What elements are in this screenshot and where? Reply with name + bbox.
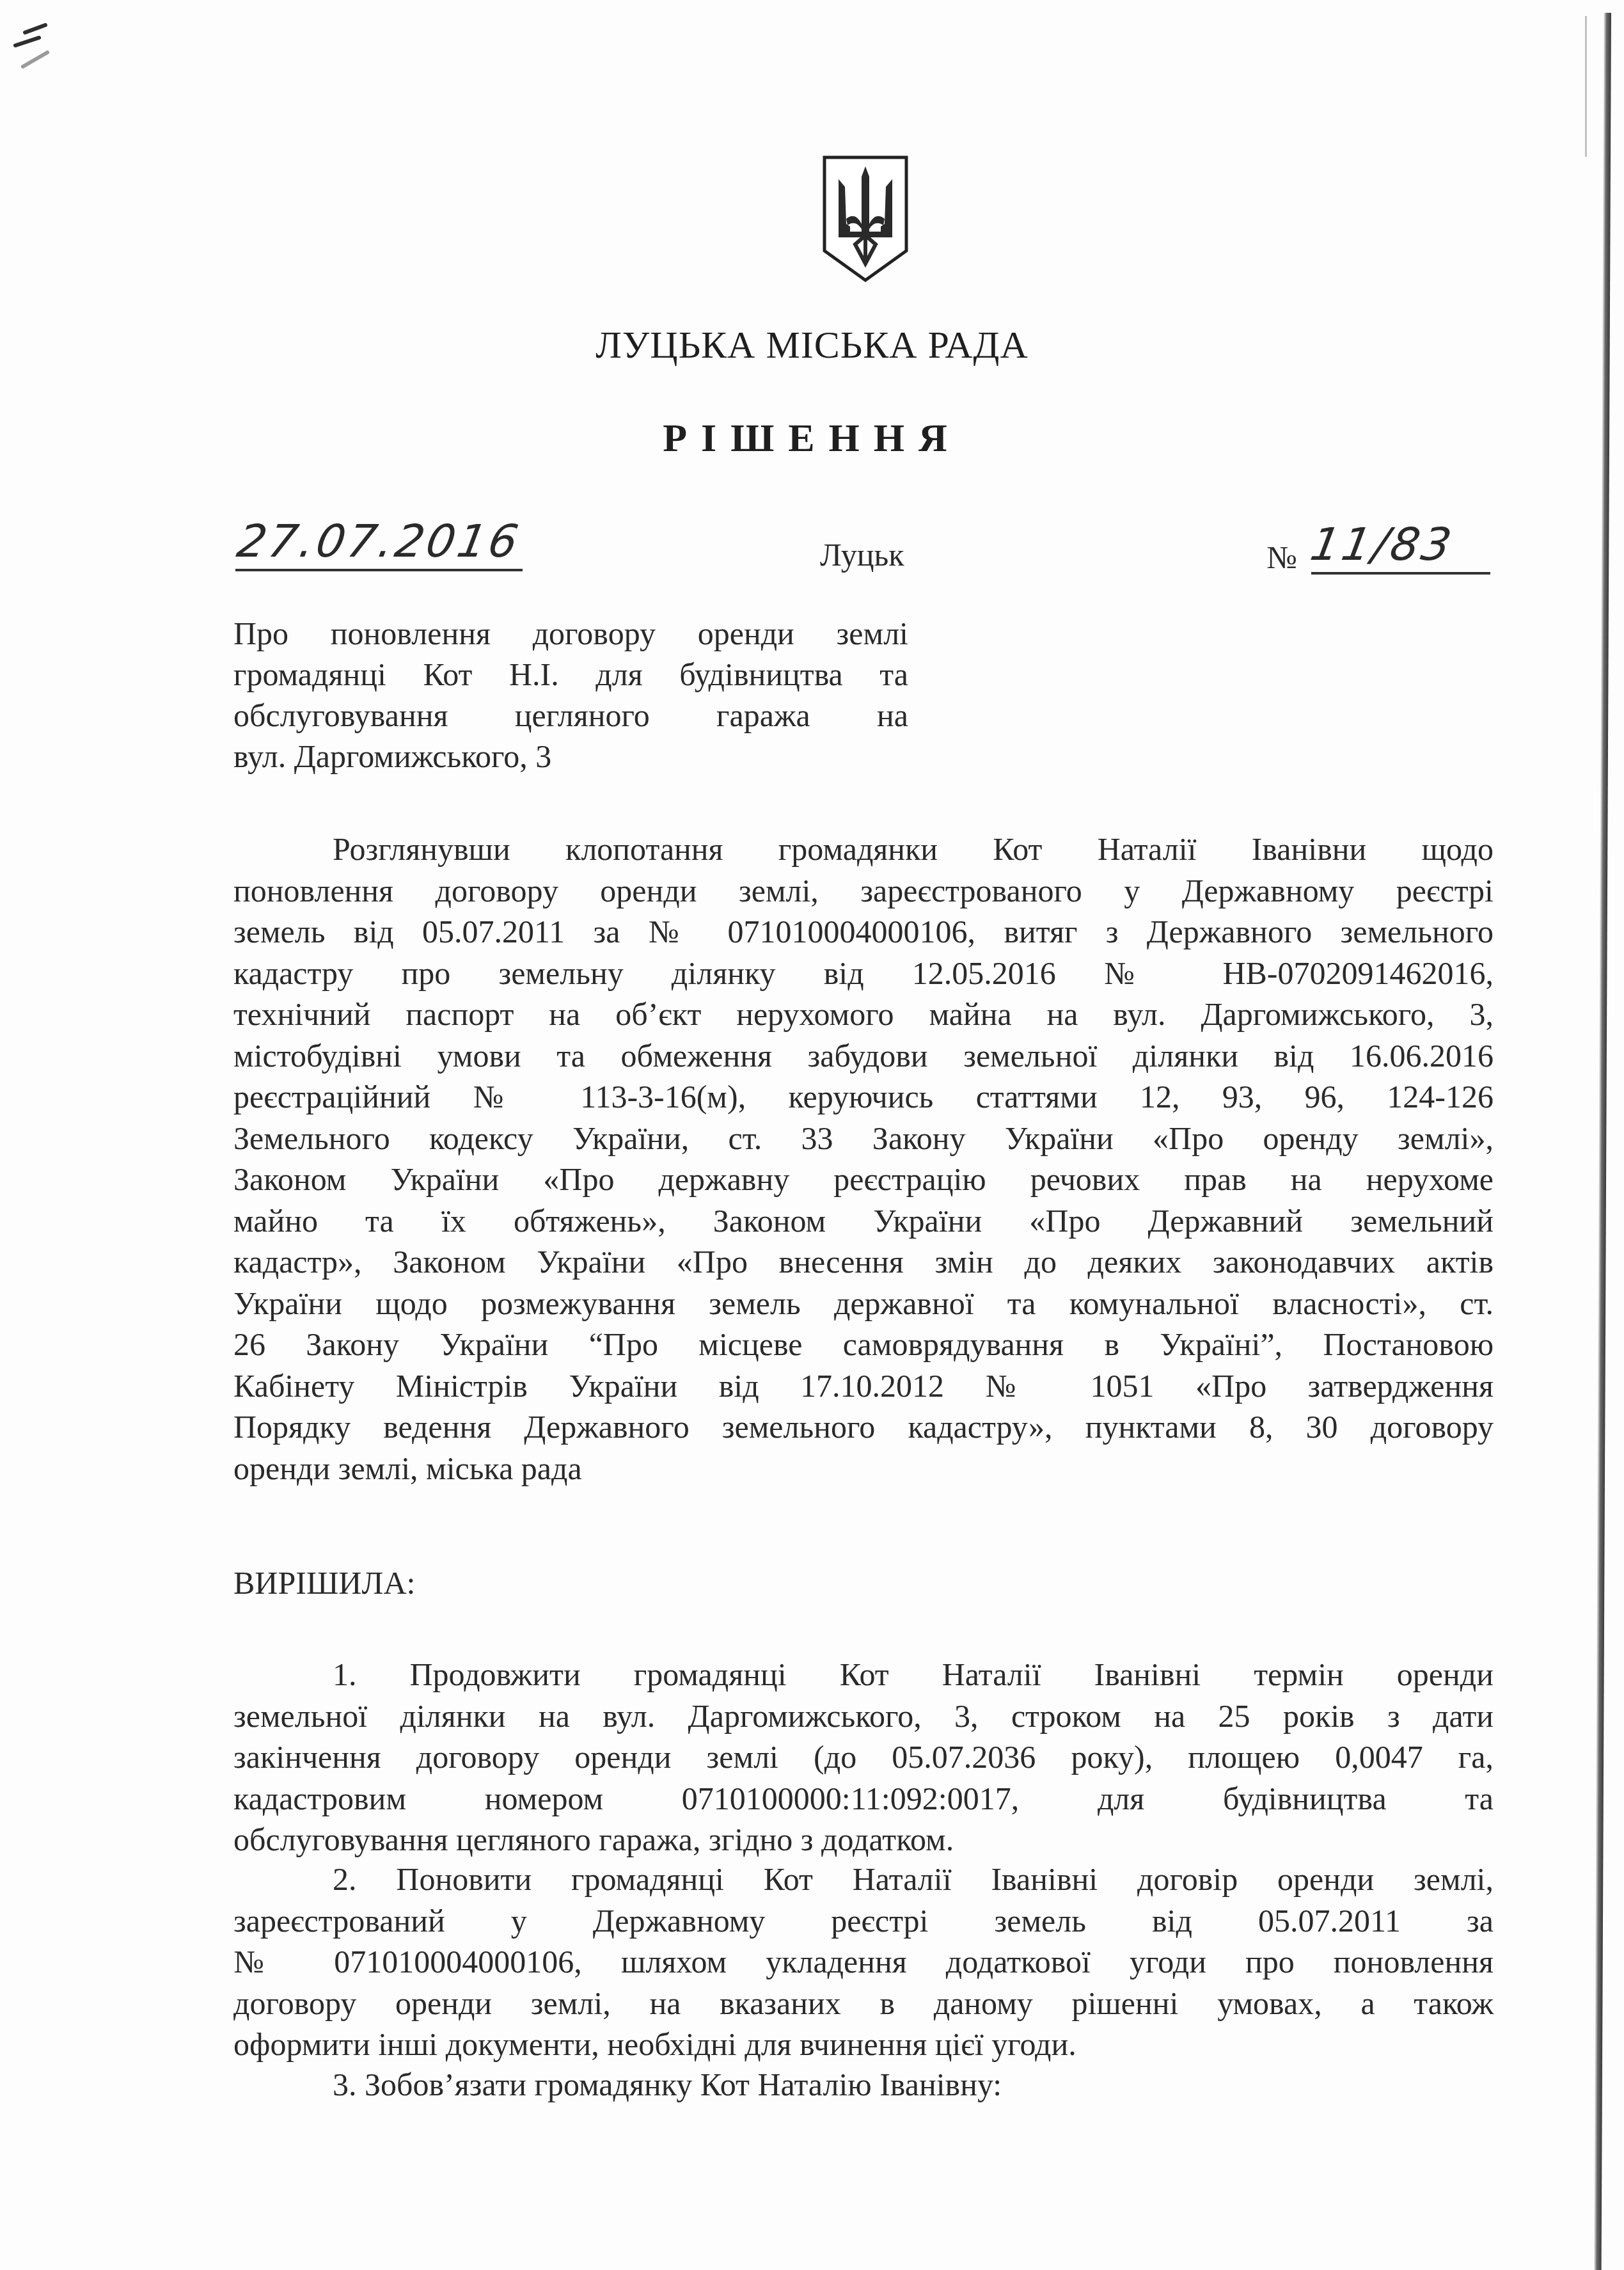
document-type-title: РІШЕННЯ: [0, 416, 1624, 461]
subject-line: обслуговування цегляного гаража на: [233, 695, 908, 736]
resolution-item-3: 3. Зобов’язати громадянку Кот Наталію Ів…: [233, 2064, 1494, 2106]
item-line: 1. Продовжити громадянці Кот Наталії Іва…: [233, 1654, 1494, 1695]
preamble-line: кадастр», Законом України «Про внесення …: [233, 1241, 1494, 1283]
handwritten-number: 11/83: [1307, 518, 1458, 571]
preamble-line: поновлення договору оренди землі, зареєс…: [233, 870, 1494, 912]
preamble-line: містобудівні умови та обмеження забудови…: [233, 1035, 1494, 1077]
preamble-line: Порядку ведення Державного земельного ка…: [233, 1406, 1494, 1448]
preamble-line: земель від 05.07.2011 за № 0710100040001…: [233, 911, 1494, 953]
pen-mark: [22, 22, 48, 35]
document-page: ЛУЦЬКА МІСЬКА РАДА РІШЕННЯ 27.07.2016 Лу…: [0, 0, 1624, 2270]
document-meta-row: 27.07.2016 Луцьк № 11/83: [230, 512, 1497, 582]
item-line: оформити інші документи, необхідні для в…: [233, 2024, 1494, 2065]
item-line: № 071010004000106, шляхом укладення дода…: [233, 1941, 1494, 1983]
item-line: 2. Поновити громадянці Кот Наталії Івані…: [233, 1859, 1494, 1900]
resolution-item-2: 2. Поновити громадянці Кот Наталії Івані…: [233, 1859, 1494, 2065]
item-line: земельної ділянки на вул. Даргомижського…: [233, 1695, 1494, 1737]
subject-line: Про поновлення договору оренди землі: [233, 613, 908, 654]
scan-edge-artifact: [1585, 16, 1587, 157]
preamble-line: Розглянувши клопотання громадянки Кот На…: [233, 829, 1494, 870]
decision-date-field: 27.07.2016: [235, 515, 523, 571]
item-line: договору оренди землі, на вказаних в дан…: [233, 1983, 1494, 2024]
preamble-line: майно та їх обтяжень», Законом України «…: [233, 1200, 1494, 1242]
decision-subject: Про поновлення договору оренди землі гро…: [233, 613, 908, 777]
pen-mark: [20, 50, 50, 69]
city-name: Луцьк: [820, 536, 904, 573]
trident-coat-of-arms-icon: [821, 155, 910, 283]
council-name: ЛУЦЬКА МІСЬКА РАДА: [0, 323, 1624, 367]
resolution-heading: ВИРІШИЛА:: [233, 1564, 415, 1601]
preamble-line: реєстраційний № 113-3-16(м), керуючись с…: [233, 1076, 1494, 1118]
pen-mark: [13, 35, 42, 48]
item-line: 3. Зобов’язати громадянку Кот Наталію Ів…: [233, 2064, 1494, 2106]
preamble-line: Кабінету Міністрів України від 17.10.201…: [233, 1365, 1494, 1407]
preamble-line: Земельного кодексу України, ст. 33 Закон…: [233, 1118, 1494, 1159]
item-line: зареєстрований у Державному реєстрі земе…: [233, 1900, 1494, 1942]
number-sign: №: [1266, 539, 1297, 576]
preamble-line: України щодо розмежування земель державн…: [233, 1283, 1494, 1324]
preamble-line: Законом України «Про державну реєстрацію…: [233, 1159, 1494, 1200]
subject-line: громадянці Кот Н.І. для будівництва та: [233, 654, 908, 695]
resolution-item-1: 1. Продовжити громадянці Кот Наталії Іва…: [233, 1654, 1494, 1861]
subject-line: вул. Даргомижського, 3: [233, 736, 908, 777]
decision-number-field: 11/83: [1311, 518, 1490, 575]
item-line: обслуговування цегляного гаража, згідно …: [233, 1819, 1494, 1861]
item-line: закінчення договору оренди землі (до 05.…: [233, 1736, 1494, 1778]
preamble-line: оренди землі, міська рада: [233, 1448, 1494, 1489]
preamble-paragraph: Розглянувши клопотання громадянки Кот На…: [233, 829, 1494, 1489]
item-line: кадастровим номером 0710100000:11:092:00…: [233, 1778, 1494, 1820]
handwritten-date: 27.07.2016: [233, 515, 524, 567]
preamble-line: кадастру про земельну ділянку від 12.05.…: [233, 953, 1494, 994]
preamble-line: 26 Закону України “Про місцеве самовряду…: [233, 1324, 1494, 1365]
preamble-line: технічний паспорт на об’єкт нерухомого м…: [233, 994, 1494, 1035]
